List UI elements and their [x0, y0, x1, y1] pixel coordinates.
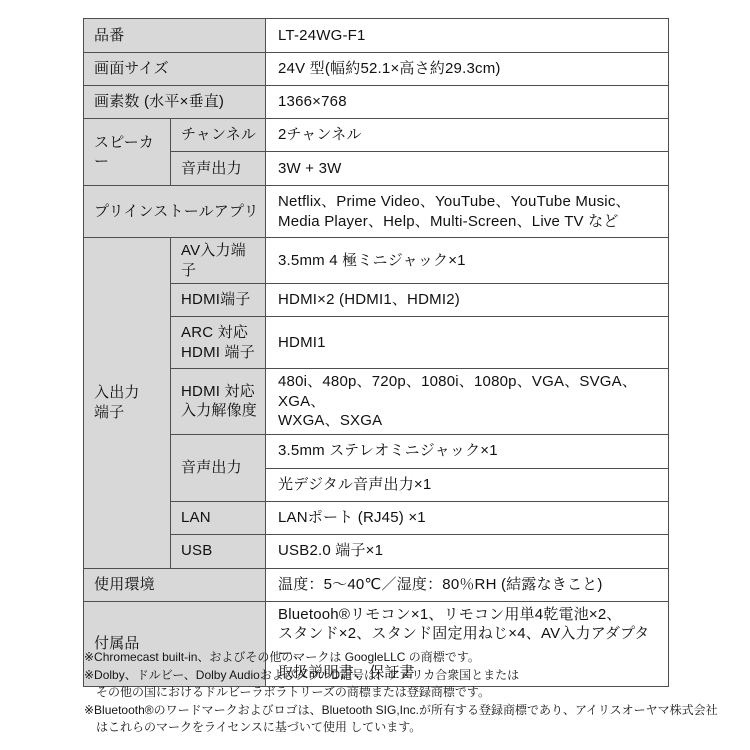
- speaker-channel-label: チャンネル: [171, 119, 266, 152]
- hdmi-value: HDMI×2 (HDMI1、HDMI2): [266, 284, 669, 317]
- speaker-audio-output-value: 3W + 3W: [266, 152, 669, 186]
- usb-label: USB: [171, 534, 266, 568]
- speaker-group-label: スピーカー: [84, 119, 171, 186]
- speaker-audio-output-label: 音声出力: [171, 152, 266, 186]
- io-audio-output-analog-value: 3.5mm ステレオミニジャック×1: [266, 434, 669, 468]
- row-hdmi-resolution: HDMI 対応 入力解像度 480i、480p、720p、1080i、1080p…: [84, 369, 669, 435]
- row-speaker-audio-output: 音声出力 3W + 3W: [84, 152, 669, 186]
- av-input-label: AV入力端子: [171, 238, 266, 284]
- row-environment: 使用環境 温度：5～40℃／湿度：80％RH (結露なきこと): [84, 568, 669, 601]
- footnotes: ※Chromecast built-in、およびその他のマークは GoogleL…: [84, 649, 734, 737]
- arc-hdmi-value: HDMI1: [266, 317, 669, 369]
- environment-value: 温度：5～40℃／湿度：80％RH (結露なきこと): [266, 568, 669, 601]
- spec-table-container: 品番 LT-24WG-F1 画面サイズ 24V 型(幅約52.1×高さ約29.3…: [83, 18, 669, 687]
- row-pixel-count: 画素数 (水平×垂直) 1366×768: [84, 86, 669, 119]
- usb-value: USB2.0 端子×1: [266, 534, 669, 568]
- row-hdmi: HDMI端子 HDMI×2 (HDMI1、HDMI2): [84, 284, 669, 317]
- row-io-audio-output-analog: 音声出力 3.5mm ステレオミニジャック×1: [84, 434, 669, 468]
- row-screen-size: 画面サイズ 24V 型(幅約52.1×高さ約29.3cm): [84, 53, 669, 86]
- arc-hdmi-label: ARC 対応 HDMI 端子: [171, 317, 266, 369]
- preinstalled-apps-label: プリインストールアプリ: [84, 186, 266, 238]
- footnote-dolby: ※Dolby、ドルビー、Dolby AudioおよびダブルD記号は、アメリカ合衆…: [84, 667, 734, 702]
- screen-size-value: 24V 型(幅約52.1×高さ約29.3cm): [266, 53, 669, 86]
- row-preinstalled-apps: プリインストールアプリ Netflix、Prime Video、YouTube、…: [84, 186, 669, 238]
- hdmi-label: HDMI端子: [171, 284, 266, 317]
- hdmi-resolution-value: 480i、480p、720p、1080i、1080p、VGA、SVGA、XGA、…: [266, 369, 669, 435]
- spec-table: 品番 LT-24WG-F1 画面サイズ 24V 型(幅約52.1×高さ約29.3…: [83, 18, 669, 687]
- row-model-number: 品番 LT-24WG-F1: [84, 19, 669, 53]
- lan-value: LANポート (RJ45) ×1: [266, 501, 669, 534]
- io-audio-output-optical-value: 光デジタル音声出力×1: [266, 468, 669, 501]
- row-arc-hdmi: ARC 対応 HDMI 端子 HDMI1: [84, 317, 669, 369]
- row-usb: USB USB2.0 端子×1: [84, 534, 669, 568]
- row-speaker-channel: スピーカー チャンネル 2チャンネル: [84, 119, 669, 152]
- footnote-bluetooth: ※Bluetooth®のワードマークおよびロゴは、Bluetooth SIG,I…: [84, 702, 734, 737]
- speaker-channel-value: 2チャンネル: [266, 119, 669, 152]
- product-spec-page: 品番 LT-24WG-F1 画面サイズ 24V 型(幅約52.1×高さ約29.3…: [0, 0, 750, 750]
- lan-label: LAN: [171, 501, 266, 534]
- model-number-label: 品番: [84, 19, 266, 53]
- av-input-value: 3.5mm 4 極ミニジャック×1: [266, 238, 669, 284]
- preinstalled-apps-value: Netflix、Prime Video、YouTube、YouTube Musi…: [266, 186, 669, 238]
- footnote-chromecast: ※Chromecast built-in、およびその他のマークは GoogleL…: [84, 649, 734, 667]
- row-av-input: 入出力 端子 AV入力端子 3.5mm 4 極ミニジャック×1: [84, 238, 669, 284]
- io-terminals-group-label: 入出力 端子: [84, 238, 171, 569]
- io-audio-output-label: 音声出力: [171, 434, 266, 501]
- environment-label: 使用環境: [84, 568, 266, 601]
- screen-size-label: 画面サイズ: [84, 53, 266, 86]
- row-lan: LAN LANポート (RJ45) ×1: [84, 501, 669, 534]
- pixel-count-label: 画素数 (水平×垂直): [84, 86, 266, 119]
- pixel-count-value: 1366×768: [266, 86, 669, 119]
- model-number-value: LT-24WG-F1: [266, 19, 669, 53]
- hdmi-resolution-label: HDMI 対応 入力解像度: [171, 369, 266, 435]
